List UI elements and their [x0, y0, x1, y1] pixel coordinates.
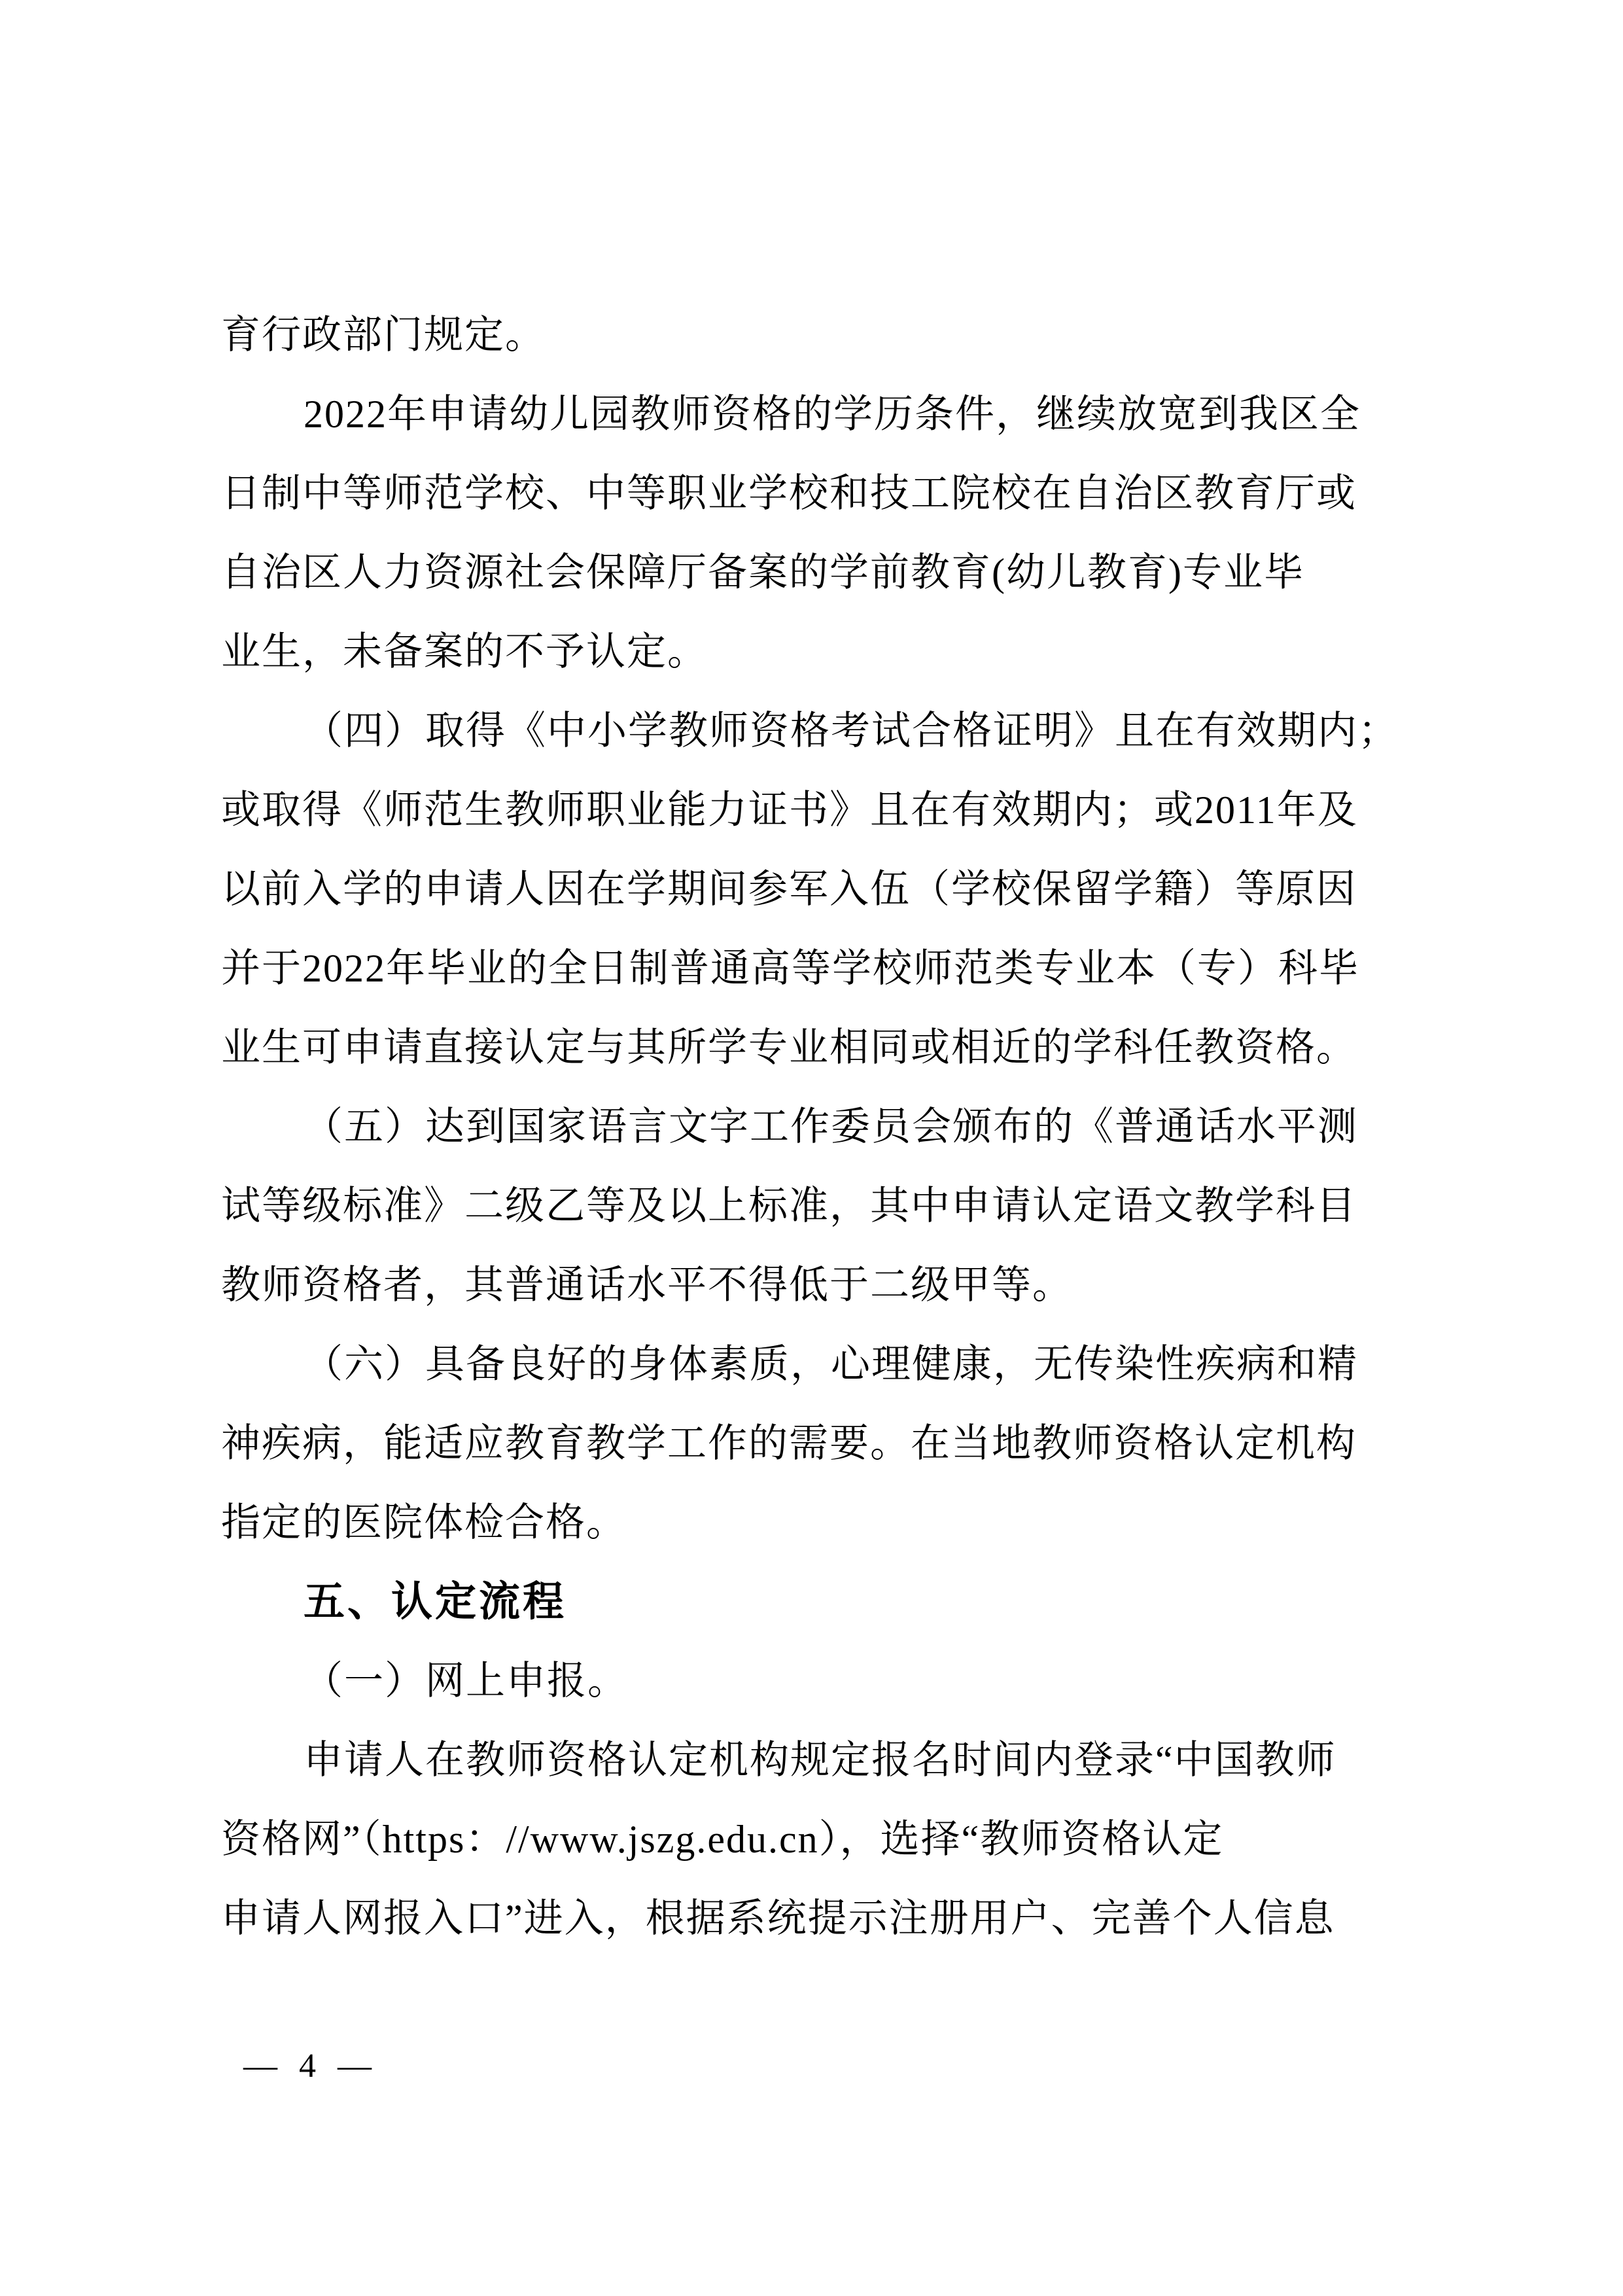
text-line: （一）网上申报。: [221, 1642, 1448, 1721]
text-line: 试等级标准》二级乙等及以上标准，其中申请认定语文教学科目: [221, 1167, 1448, 1246]
text-line: 育行政部门规定。: [221, 296, 1448, 375]
text-line: （四）取得《中小学教师资格考试合格证明》且在有效期内；: [221, 692, 1448, 771]
text-line: 申请人网报入口”进入，根据系统提示注册用户、完善个人信息: [221, 1879, 1448, 1958]
text-line: 以前入学的申请人因在学期间参军入伍（学校保留学籍）等原因: [221, 850, 1448, 929]
text-line: 并于2022年毕业的全日制普通高等学校师范类专业本（专）科毕: [221, 929, 1448, 1008]
text-line: 日制中等师范学校、中等职业学校和技工院校在自治区教育厅或: [221, 454, 1448, 533]
document-page: 育行政部门规定。 2022年申请幼儿园教师资格的学历条件，继续放宽到我区全 日制…: [0, 0, 1623, 2296]
text-line: 教师资格者，其普通话水平不得低于二级甲等。: [221, 1246, 1448, 1325]
document-body: 育行政部门规定。 2022年申请幼儿园教师资格的学历条件，继续放宽到我区全 日制…: [221, 296, 1448, 1958]
text-line: 或取得《师范生教师职业能力证书》且在有效期内；或2011年及: [221, 771, 1448, 850]
text-line: 自治区人力资源社会保障厅备案的学前教育(幼儿教育)专业毕: [221, 533, 1448, 612]
text-line: 业生，未备案的不予认定。: [221, 612, 1448, 692]
text-line: （六）具备良好的身体素质，心理健康，无传染性疾病和精: [221, 1325, 1448, 1404]
text-line: 申请人在教师资格认定机构规定报名时间内登录“中国教师: [221, 1721, 1448, 1800]
text-line: 指定的医院体检合格。: [221, 1483, 1448, 1563]
text-line: 资格网”（https：//www.jszg.edu.cn），选择“教师资格认定: [221, 1800, 1448, 1879]
text-line: 业生可申请直接认定与其所学专业相同或相近的学科任教资格。: [221, 1008, 1448, 1087]
text-line: 2022年申请幼儿园教师资格的学历条件，继续放宽到我区全: [221, 375, 1448, 454]
page-number: — 4 —: [243, 2047, 378, 2086]
text-line: 神疾病，能适应教育教学工作的需要。在当地教师资格认定机构: [221, 1404, 1448, 1483]
text-line: （五）达到国家语言文字工作委员会颁布的《普通话水平测: [221, 1087, 1448, 1167]
section-heading: 五、认定流程: [221, 1563, 1448, 1642]
